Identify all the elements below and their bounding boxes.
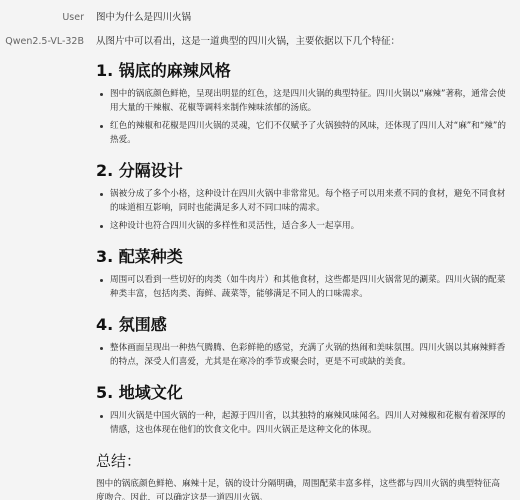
section-list-2: 锅被分成了多个小格，这种设计在四川火锅中非常常见。每个格子可以用来煮不同的食材，… [96, 187, 506, 233]
section-heading-1: 1. 锅底的麻辣风格 [96, 61, 506, 81]
section-heading-3: 3. 配菜种类 [96, 247, 506, 267]
assistant-message: 从图片中可以看出，这是一道典型的四川火锅，主要依据以下几个特征： 1. 锅底的麻… [96, 35, 506, 500]
list-item: 周围可以看到一些切好的肉类（如牛肉片）和其他食材，这些都是四川火锅常见的涮菜。四… [110, 273, 506, 301]
list-item: 四川火锅是中国火锅的一种，起源于四川省，以其独特的麻辣风味闻名。四川人对辣椒和花… [110, 409, 506, 437]
user-message: 图中为什么是四川火锅 [96, 11, 506, 25]
section-heading-4: 4. 氛围感 [96, 315, 506, 335]
section-heading-2: 2. 分隔设计 [96, 161, 506, 181]
list-item: 红色的辣椒和花椒是四川火锅的灵魂，它们不仅赋予了火锅独特的风味，还体现了四川人对… [110, 119, 506, 147]
assistant-label: Qwen2.5-VL-32B [0, 36, 84, 47]
summary-heading: 总结： [96, 451, 506, 471]
section-list-1: 图中的锅底颜色鲜艳，呈现出明显的红色，这是四川火锅的典型特征。四川火锅以“麻辣”… [96, 87, 506, 147]
summary-text: 图中的锅底颜色鲜艳、麻辣十足，锅的设计分隔明确，周围配菜丰富多样，这些都与四川火… [96, 477, 506, 500]
user-label: User [0, 12, 84, 23]
section-list-5: 四川火锅是中国火锅的一种，起源于四川省，以其独特的麻辣风味闻名。四川人对辣椒和花… [96, 409, 506, 437]
section-list-4: 整体画面呈现出一种热气腾腾、色彩鲜艳的感觉，充满了火锅的热闹和美味氛围。四川火锅… [96, 341, 506, 369]
list-item: 整体画面呈现出一种热气腾腾、色彩鲜艳的感觉，充满了火锅的热闹和美味氛围。四川火锅… [110, 341, 506, 369]
section-heading-5: 5. 地域文化 [96, 383, 506, 403]
assistant-intro: 从图片中可以看出，这是一道典型的四川火锅，主要依据以下几个特征： [96, 35, 506, 49]
list-item: 锅被分成了多个小格，这种设计在四川火锅中非常常见。每个格子可以用来煮不同的食材，… [110, 187, 506, 215]
list-item: 图中的锅底颜色鲜艳，呈现出明显的红色，这是四川火锅的典型特征。四川火锅以“麻辣”… [110, 87, 506, 115]
list-item: 这种设计也符合四川火锅的多样性和灵活性，适合多人一起享用。 [110, 219, 506, 233]
section-list-3: 周围可以看到一些切好的肉类（如牛肉片）和其他食材，这些都是四川火锅常见的涮菜。四… [96, 273, 506, 301]
